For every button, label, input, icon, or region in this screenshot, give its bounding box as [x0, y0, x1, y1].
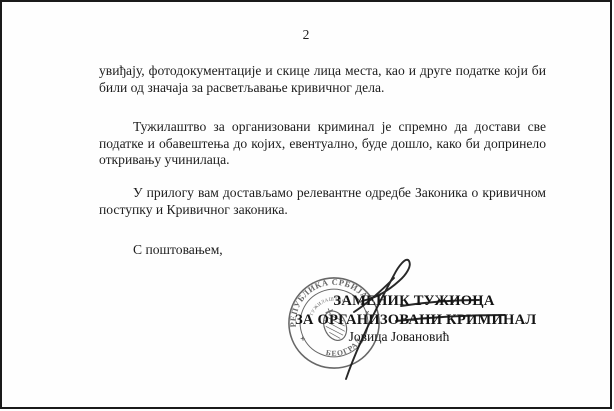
letter-body: увиђају, фотодокументације и скице лица … — [99, 63, 546, 259]
paragraph-continuation: увиђају, фотодокументације и скице лица … — [99, 63, 546, 96]
paragraph: У прилогу вам достављамо релевантне одре… — [99, 185, 546, 218]
signature-main-stroke — [346, 260, 410, 379]
handwritten-signature — [282, 250, 542, 386]
signature-secondary-stroke — [354, 278, 394, 312]
signature-cross-stroke-2 — [396, 315, 505, 321]
paragraph: Тужилаштво за организовани криминал је с… — [99, 119, 546, 169]
scanned-letter-page: 2 увиђају, фотодокументације и скице лиц… — [0, 0, 612, 409]
page-number: 2 — [2, 27, 610, 43]
signature-cross-stroke-1 — [401, 300, 479, 306]
